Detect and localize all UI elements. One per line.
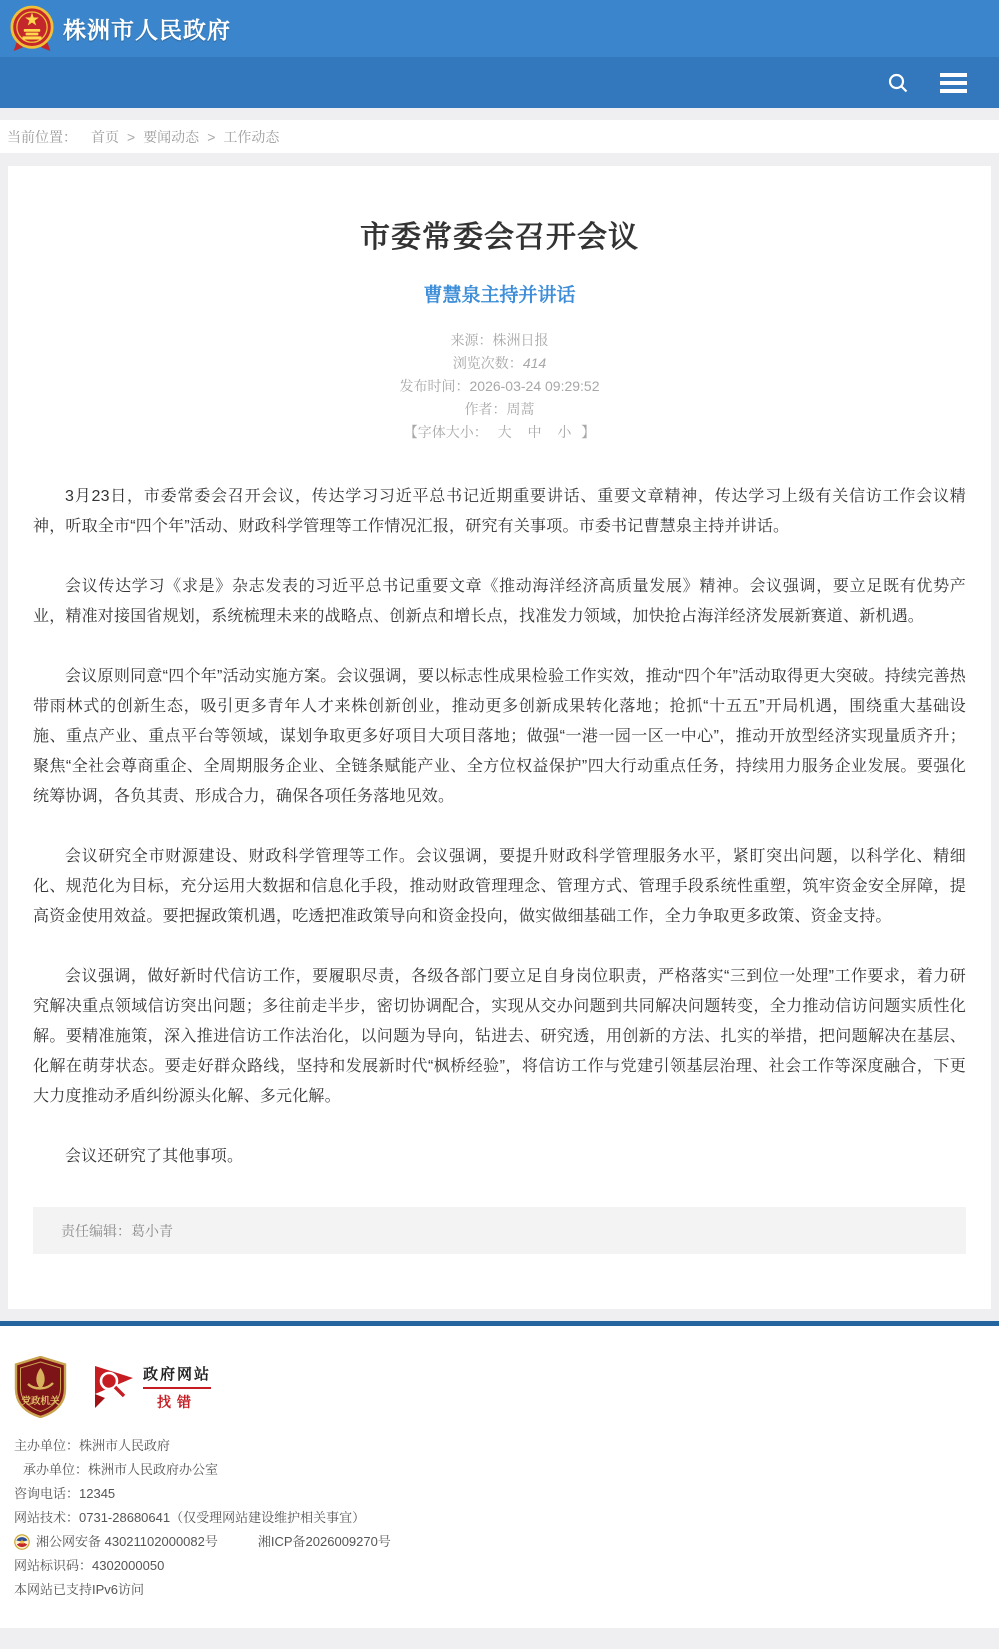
svg-text:党政机关: 党政机关	[21, 1395, 60, 1407]
article-meta: 来源：株洲日报 浏览次数：414 发布时间：2026-03-24 09:29:5…	[33, 329, 966, 444]
footer-logos: 党政机关 政府网站 找错	[14, 1356, 985, 1418]
meta-source-label: 来源：	[451, 332, 493, 348]
error-report-text: 政府网站 找错	[143, 1363, 211, 1412]
site-footer: 党政机关 政府网站 找错 主办单位：株洲市人民政府 承办单位：株洲市人民政府办公…	[0, 1326, 999, 1628]
breadcrumb-label: 当前位置：	[7, 127, 77, 147]
party-government-badge[interactable]: 党政机关	[14, 1356, 67, 1418]
editor-label: 责任编辑：	[61, 1221, 131, 1241]
article-paragraph: 会议还研究了其他事项。	[33, 1142, 966, 1172]
hamburger-icon	[940, 72, 967, 94]
meta-publish-label: 发布时间：	[400, 378, 470, 394]
footer-hotline: 咨询电话：12345	[14, 1482, 985, 1506]
breadcrumb-separator: >	[127, 129, 135, 145]
meta-publish-value: 2026-03-24 09:29:52	[470, 378, 600, 394]
header-top-bar: 株洲市人民政府	[0, 0, 999, 57]
breadcrumb: 当前位置： 首页 > 要闻动态 > 工作动态	[0, 120, 999, 153]
party-shield-icon: 党政机关	[14, 1356, 67, 1418]
meta-author-value: 周蒿	[507, 401, 535, 417]
footer-security-line: 湘公网安备 43021102000082号 湘ICP备2026009270号	[14, 1530, 985, 1554]
meta-source-value: 株洲日报	[493, 332, 549, 348]
editor-name: 葛小青	[131, 1221, 173, 1241]
article-body: 3月23日，市委常委会召开会议，传达学习习近平总书记近期重要讲话、重要文章精神，…	[33, 482, 966, 1172]
meta-publish-time: 发布时间：2026-03-24 09:29:52	[33, 375, 966, 398]
site-logo[interactable]: 株洲市人民政府	[10, 5, 231, 53]
gov-site-error-report-badge[interactable]: 政府网站 找错	[93, 1363, 211, 1412]
article-title: 市委常委会召开会议	[33, 212, 966, 256]
error-report-flag-icon	[93, 1364, 137, 1410]
font-size-medium-button[interactable]: 中	[528, 424, 542, 440]
article-paragraph: 3月23日，市委常委会召开会议，传达学习习近平总书记近期重要讲话、重要文章精神，…	[33, 482, 966, 542]
breadcrumb-current-link[interactable]: 工作动态	[223, 127, 279, 147]
font-size-large-button[interactable]: 大	[498, 424, 512, 440]
footer-ipv6: 本网站已支持IPv6访问	[14, 1578, 985, 1602]
meta-author-label: 作者：	[465, 401, 507, 417]
article-paragraph: 会议原则同意“四个年”活动实施方案。会议强调，要以标志性成果检验工作实效，推动“…	[33, 662, 966, 812]
footer-tech-support: 网站技术：0731-28680641（仅受理网站建设维护相关事宜）	[14, 1506, 985, 1530]
font-size-small-button[interactable]: 小	[557, 424, 571, 440]
footer-host-unit: 主办单位：株洲市人民政府	[14, 1434, 985, 1458]
header-toolbar	[0, 57, 999, 108]
national-emblem-icon	[10, 5, 54, 53]
meta-views: 浏览次数：414	[33, 352, 966, 375]
article-paragraph: 会议研究全市财源建设、财政科学管理等工作。会议强调，要提升财政科学管理服务水平，…	[33, 842, 966, 932]
footer-site-id: 网站标识码：4302000050	[14, 1554, 985, 1578]
breadcrumb-news-link[interactable]: 要闻动态	[143, 127, 199, 147]
article-paragraph: 会议传达学习《求是》杂志发表的习近平总书记重要文章《推动海洋经济高质量发展》精神…	[33, 572, 966, 632]
icp-filing-link[interactable]: 湘ICP备2026009270号	[258, 1530, 391, 1554]
error-report-line2: 找错	[157, 1392, 197, 1412]
font-size-suffix: 】	[581, 424, 595, 440]
font-size-prefix: 【字体大小：	[404, 424, 488, 440]
article-paragraph: 会议强调，做好新时代信访工作，要履职尽责，各级各部门要立足自身岗位职责，严格落实…	[33, 962, 966, 1112]
site-header: 株洲市人民政府	[0, 0, 999, 108]
police-filing-link[interactable]: 湘公网安备 43021102000082号	[36, 1530, 218, 1554]
meta-views-value: 414	[523, 355, 546, 371]
breadcrumb-home-link[interactable]: 首页	[91, 127, 119, 147]
police-badge-icon	[14, 1534, 30, 1550]
site-title: 株洲市人民政府	[63, 12, 231, 45]
article-card: 市委常委会召开会议 曹慧泉主持并讲话 来源：株洲日报 浏览次数：414 发布时间…	[8, 166, 991, 1309]
font-size-selector: 【字体大小： 大 中 小 】	[33, 421, 966, 444]
error-report-line1: 政府网站	[143, 1363, 211, 1389]
breadcrumb-separator: >	[207, 129, 215, 145]
meta-views-label: 浏览次数：	[453, 355, 523, 371]
article-subtitle: 曹慧泉主持并讲话	[33, 280, 966, 307]
meta-source: 来源：株洲日报	[33, 329, 966, 352]
footer-organizer-unit: 承办单位：株洲市人民政府办公室	[14, 1458, 985, 1482]
search-icon	[886, 71, 910, 95]
menu-button[interactable]	[936, 68, 971, 98]
meta-author: 作者：周蒿	[33, 398, 966, 421]
editor-bar: 责任编辑：葛小青	[33, 1207, 966, 1254]
search-button[interactable]	[882, 67, 914, 99]
